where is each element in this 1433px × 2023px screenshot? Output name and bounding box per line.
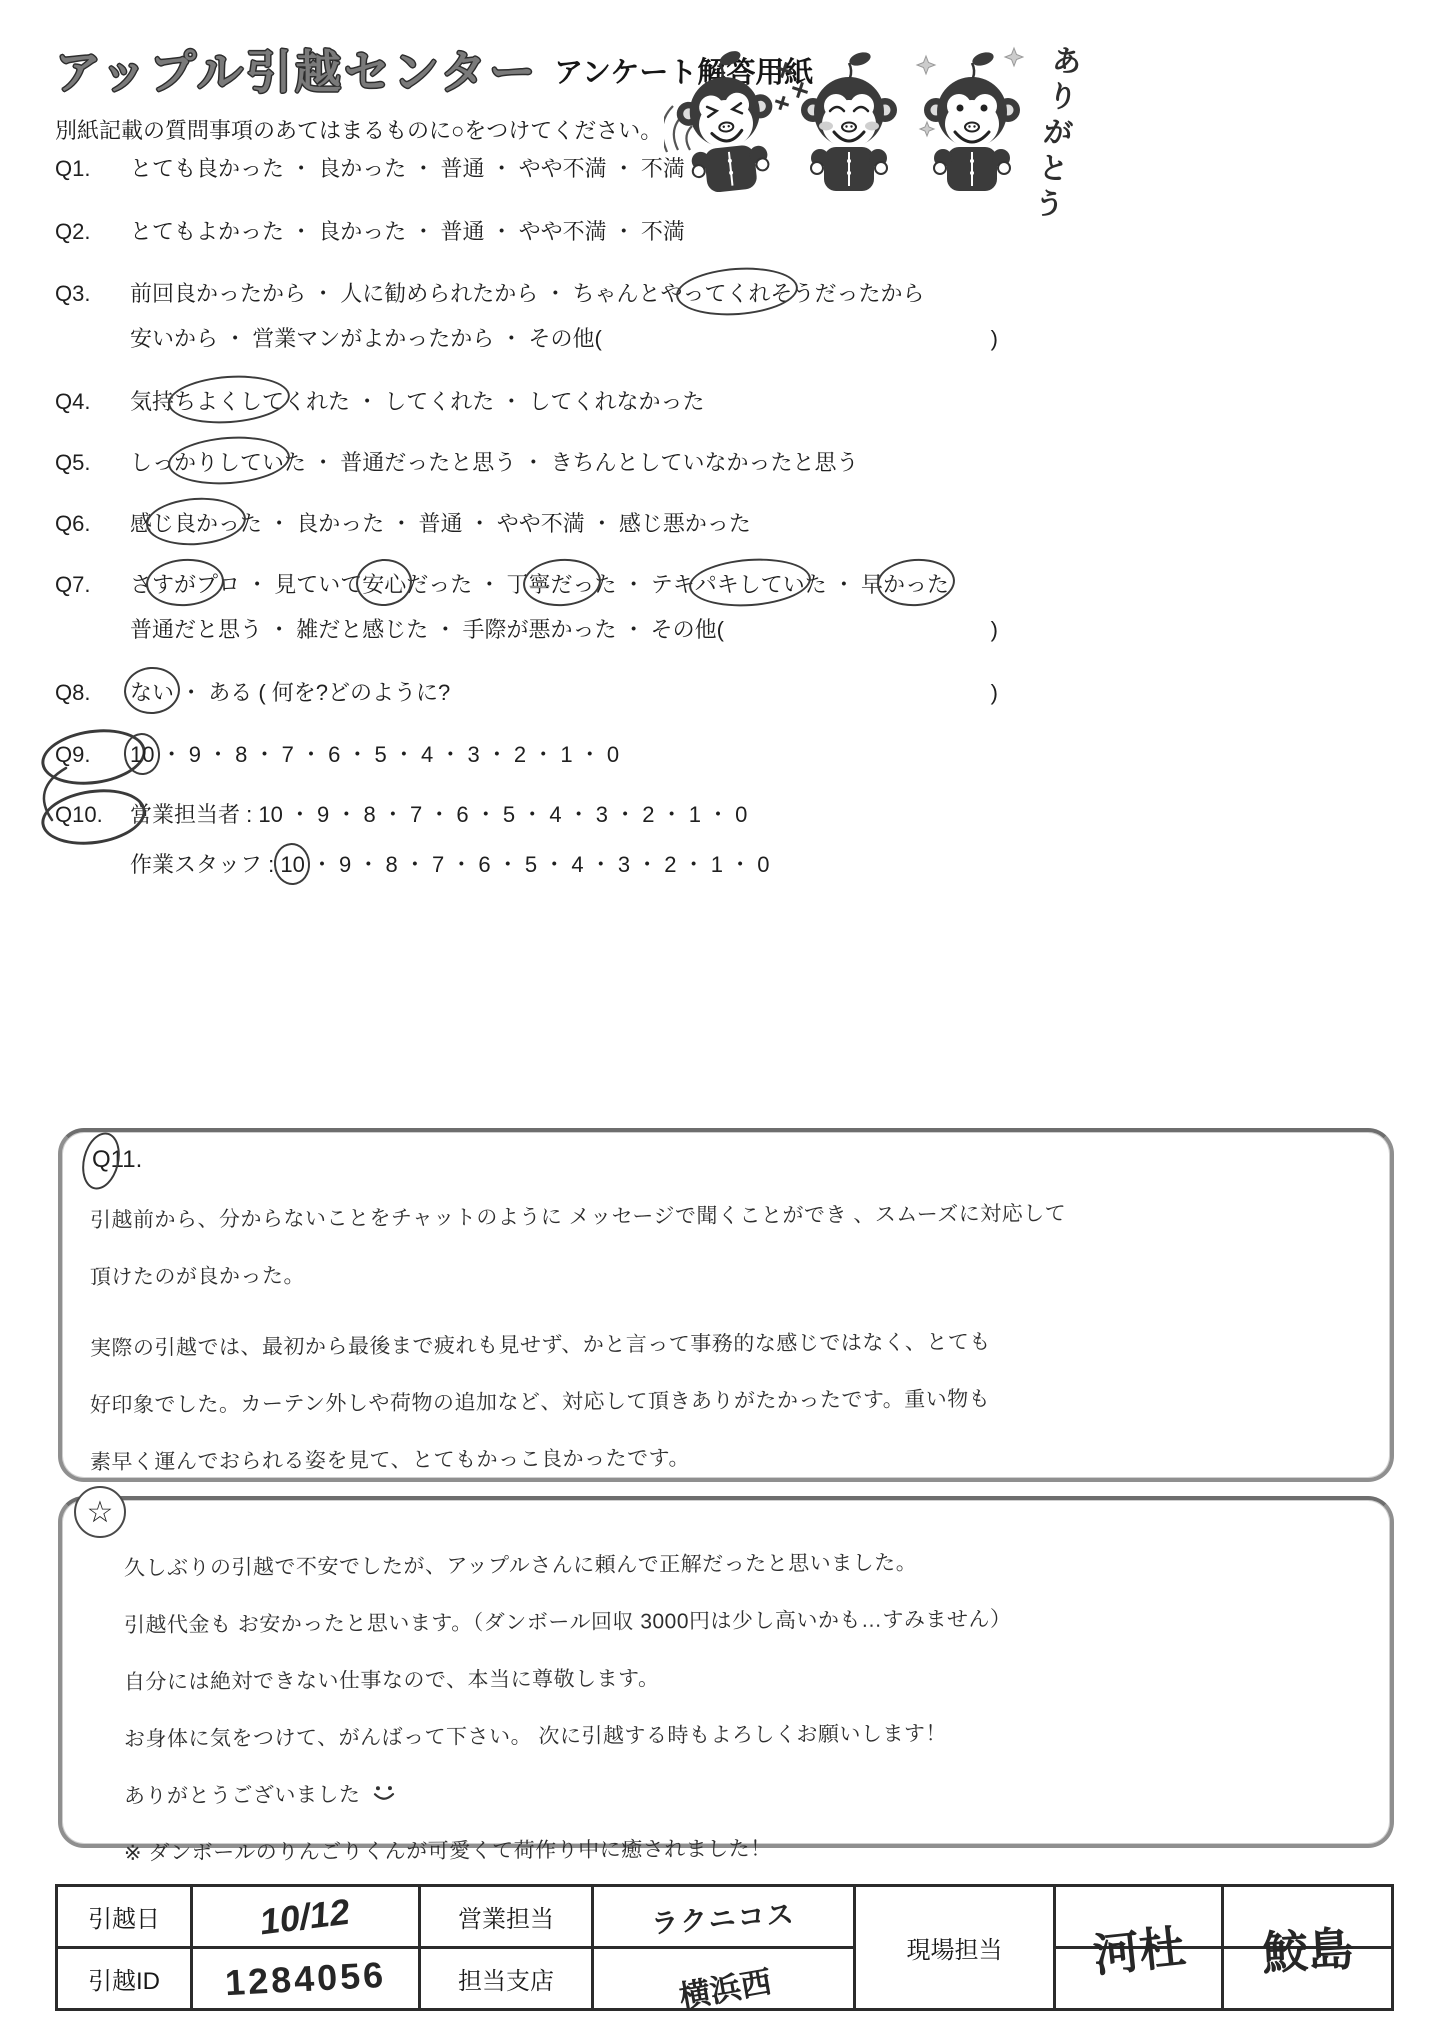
question-row-q10-line2: 作業スタッフ : 10 ・ 9 ・ 8 ・ 7 ・ 6 ・ 5 ・ 4 ・ 3 … xyxy=(55,848,1375,879)
handwriting-line: 好印象でした。カーテン外しや荷物の追加など、対応して頂きありがたかったです。重い… xyxy=(90,1366,1362,1432)
question-options: 営業担当者 : 10 ・ 9 ・ 8 ・ 7 ・ 6 ・ 5 ・ 4 ・ 3 ・… xyxy=(130,798,747,829)
handwriting-line: 引越代金も お安かったと思います。（ダンボール回収 3000円は少し高いかも…す… xyxy=(124,1586,1362,1652)
question-label: Q3. xyxy=(55,281,130,307)
question-options: 安いから ・ 営業マンがよかったから ・ その他() xyxy=(130,322,998,353)
question-row-q3-line2: 安いから ・ 営業マンがよかったから ・ その他() xyxy=(55,322,1375,353)
question-label: Q6. xyxy=(55,511,130,537)
question-label: Q4. xyxy=(55,389,130,415)
question-options: とても良かった ・ 良かった ・ 普通 ・ やや不満 ・ 不満 xyxy=(130,152,685,183)
move-id-value: 1284056 xyxy=(192,1948,420,2010)
question-row-q7: Q7. さすがプロ ・ 見ていて安心だった ・ 丁寧だった ・ テキパキしていた… xyxy=(55,568,1375,599)
handwriting-line: 自分には絶対できない仕事なので、本当に尊敬します。 xyxy=(124,1643,1362,1709)
question-options: 気持ちよくしてくれた ・ してくれた ・ してくれなかった xyxy=(130,385,704,416)
handwriting-line: 頂けたのが良かった。 xyxy=(90,1238,1362,1304)
question-options: ない ・ ある ( 何を?どのように?) xyxy=(130,676,998,707)
question-row-q4: Q4. 気持ちよくしてくれた ・ してくれた ・ してくれなかった xyxy=(55,385,1375,416)
move-date-value: 10/12 xyxy=(192,1886,420,1948)
sales-rep-label: 営業担当 xyxy=(420,1886,593,1948)
branch-label: 担当支店 xyxy=(420,1948,593,2010)
handwriting-line: お身体に気をつけて、がんばって下さい。 次に引越する時もよろしくお願いします！ xyxy=(124,1700,1362,1766)
question-label: Q7. xyxy=(55,572,130,598)
question-options: しっかりしていた ・ 普通だったと思う ・ きちんとしていなかったと思う xyxy=(130,446,858,477)
table-row: 引越日 10/12 営業担当 ラクニコス 現場担当 河杜 鮫島 xyxy=(57,1886,1393,1948)
handwriting-line: 引越前から、分からないことをチャットのように メッセージで聞くことができ 、スム… xyxy=(90,1181,1362,1247)
question-row-q3: Q3. 前回良かったから ・ 人に勧められたから ・ ちゃんとやってくれそうだっ… xyxy=(55,277,1375,308)
question-row-q10: Q10. 営業担当者 : 10 ・ 9 ・ 8 ・ 7 ・ 6 ・ 5 ・ 4 … xyxy=(55,798,1375,829)
question-row-q6: Q6. 感じ良かった ・ 良かった ・ 普通 ・ やや不満 ・ 感じ悪かった xyxy=(55,507,1375,538)
survey-sheet-page: アップル引越センターアンケート解答用紙 別紙記載の質問事項のあてはまるものに○を… xyxy=(0,0,1433,2023)
handwriting-line: 久しぶりの引越で不安でしたが、アップルさんに頼んで正解だったと思いました。 xyxy=(124,1529,1362,1595)
question-options: 10 ・ 9 ・ 8 ・ 7 ・ 6 ・ 5 ・ 4 ・ 3 ・ 2 ・ 1 ・… xyxy=(130,738,619,769)
sales-rep-value: ラクニコス xyxy=(593,1886,855,1948)
thanks-vertical-text: ありがとう xyxy=(1021,42,1087,226)
question-label: Q10. xyxy=(55,802,130,828)
question-row-q2: Q2. とてもよかった ・ 良かった ・ 普通 ・ やや不満 ・ 不満 xyxy=(55,215,1375,246)
question-row-q1: Q1. とても良かった ・ 良かった ・ 普通 ・ やや不満 ・ 不満 xyxy=(55,152,1375,183)
site-crew-signature-2: 鮫島 xyxy=(1223,1886,1393,2010)
handwriting-line: ありがとうございました xyxy=(124,1757,1362,1823)
question-options: 前回良かったから ・ 人に勧められたから ・ ちゃんとやってくれそうだったから xyxy=(130,277,924,308)
question-row-q7-line2: 普通だと思う ・ 雑だと感じた ・ 手際が悪かった ・ その他() xyxy=(55,613,1375,644)
footer-table: 引越日 10/12 営業担当 ラクニコス 現場担当 河杜 鮫島 引越ID 128… xyxy=(55,1884,1394,2011)
brand-logo-text: アップル引越センター xyxy=(55,36,538,102)
question-options: 作業スタッフ : 10 ・ 9 ・ 8 ・ 7 ・ 6 ・ 5 ・ 4 ・ 3 … xyxy=(130,848,769,879)
comment-box-q11: Q11. 引越前から、分からないことをチャットのように メッセージで聞くことがで… xyxy=(58,1128,1394,1482)
question-label-q11: Q11. xyxy=(92,1146,142,1174)
site-crew-label: 現場担当 xyxy=(855,1886,1055,2010)
star-icon: ☆ xyxy=(74,1486,126,1538)
move-id-label: 引越ID xyxy=(57,1948,192,2010)
question-label: Q1. xyxy=(55,156,130,182)
question-options: さすがプロ ・ 見ていて安心だった ・ 丁寧だった ・ テキパキしていた ・ 早… xyxy=(130,568,949,599)
move-date-label: 引越日 xyxy=(57,1886,192,1948)
question-options: 普通だと思う ・ 雑だと感じた ・ 手際が悪かった ・ その他() xyxy=(130,613,998,644)
question-options: 感じ良かった ・ 良かった ・ 普通 ・ やや不満 ・ 感じ悪かった xyxy=(130,507,751,538)
handwriting-line: 素早く運んでおられる姿を見て、とてもかっこ良かったです。 xyxy=(90,1423,1362,1489)
branch-value: 横浜西 xyxy=(593,1948,855,2010)
handwriting-line: 実際の引越では、最初から最後まで疲れも見せず、かと言って事務的な感じではなく、と… xyxy=(90,1309,1362,1375)
site-crew-signature-1: 河杜 xyxy=(1055,1886,1223,2010)
question-label: Q8. xyxy=(55,680,130,706)
question-row-q9: Q9. 10 ・ 9 ・ 8 ・ 7 ・ 6 ・ 5 ・ 4 ・ 3 ・ 2 ・… xyxy=(55,738,1375,769)
question-options: とてもよかった ・ 良かった ・ 普通 ・ やや不満 ・ 不満 xyxy=(130,215,685,246)
question-row-q5: Q5. しっかりしていた ・ 普通だったと思う ・ きちんとしていなかったと思う xyxy=(55,446,1375,477)
question-label: Q9. xyxy=(55,742,130,768)
handwriting-note: ※ ダンボールのりんごりくんが可愛くて荷作り中に癒されました！ xyxy=(124,1814,1362,1880)
question-label: Q2. xyxy=(55,219,130,245)
question-label: Q5. xyxy=(55,450,130,476)
question-row-q8: Q8. ない ・ ある ( 何を?どのように?) xyxy=(55,676,1375,707)
thanks-text: ありがとうございました xyxy=(124,1778,361,1810)
comment-box-freeform: ☆ 久しぶりの引越で不安でしたが、アップルさんに頼んで正解だったと思いました。 … xyxy=(58,1496,1394,1848)
smiley-icon xyxy=(370,1782,396,1804)
